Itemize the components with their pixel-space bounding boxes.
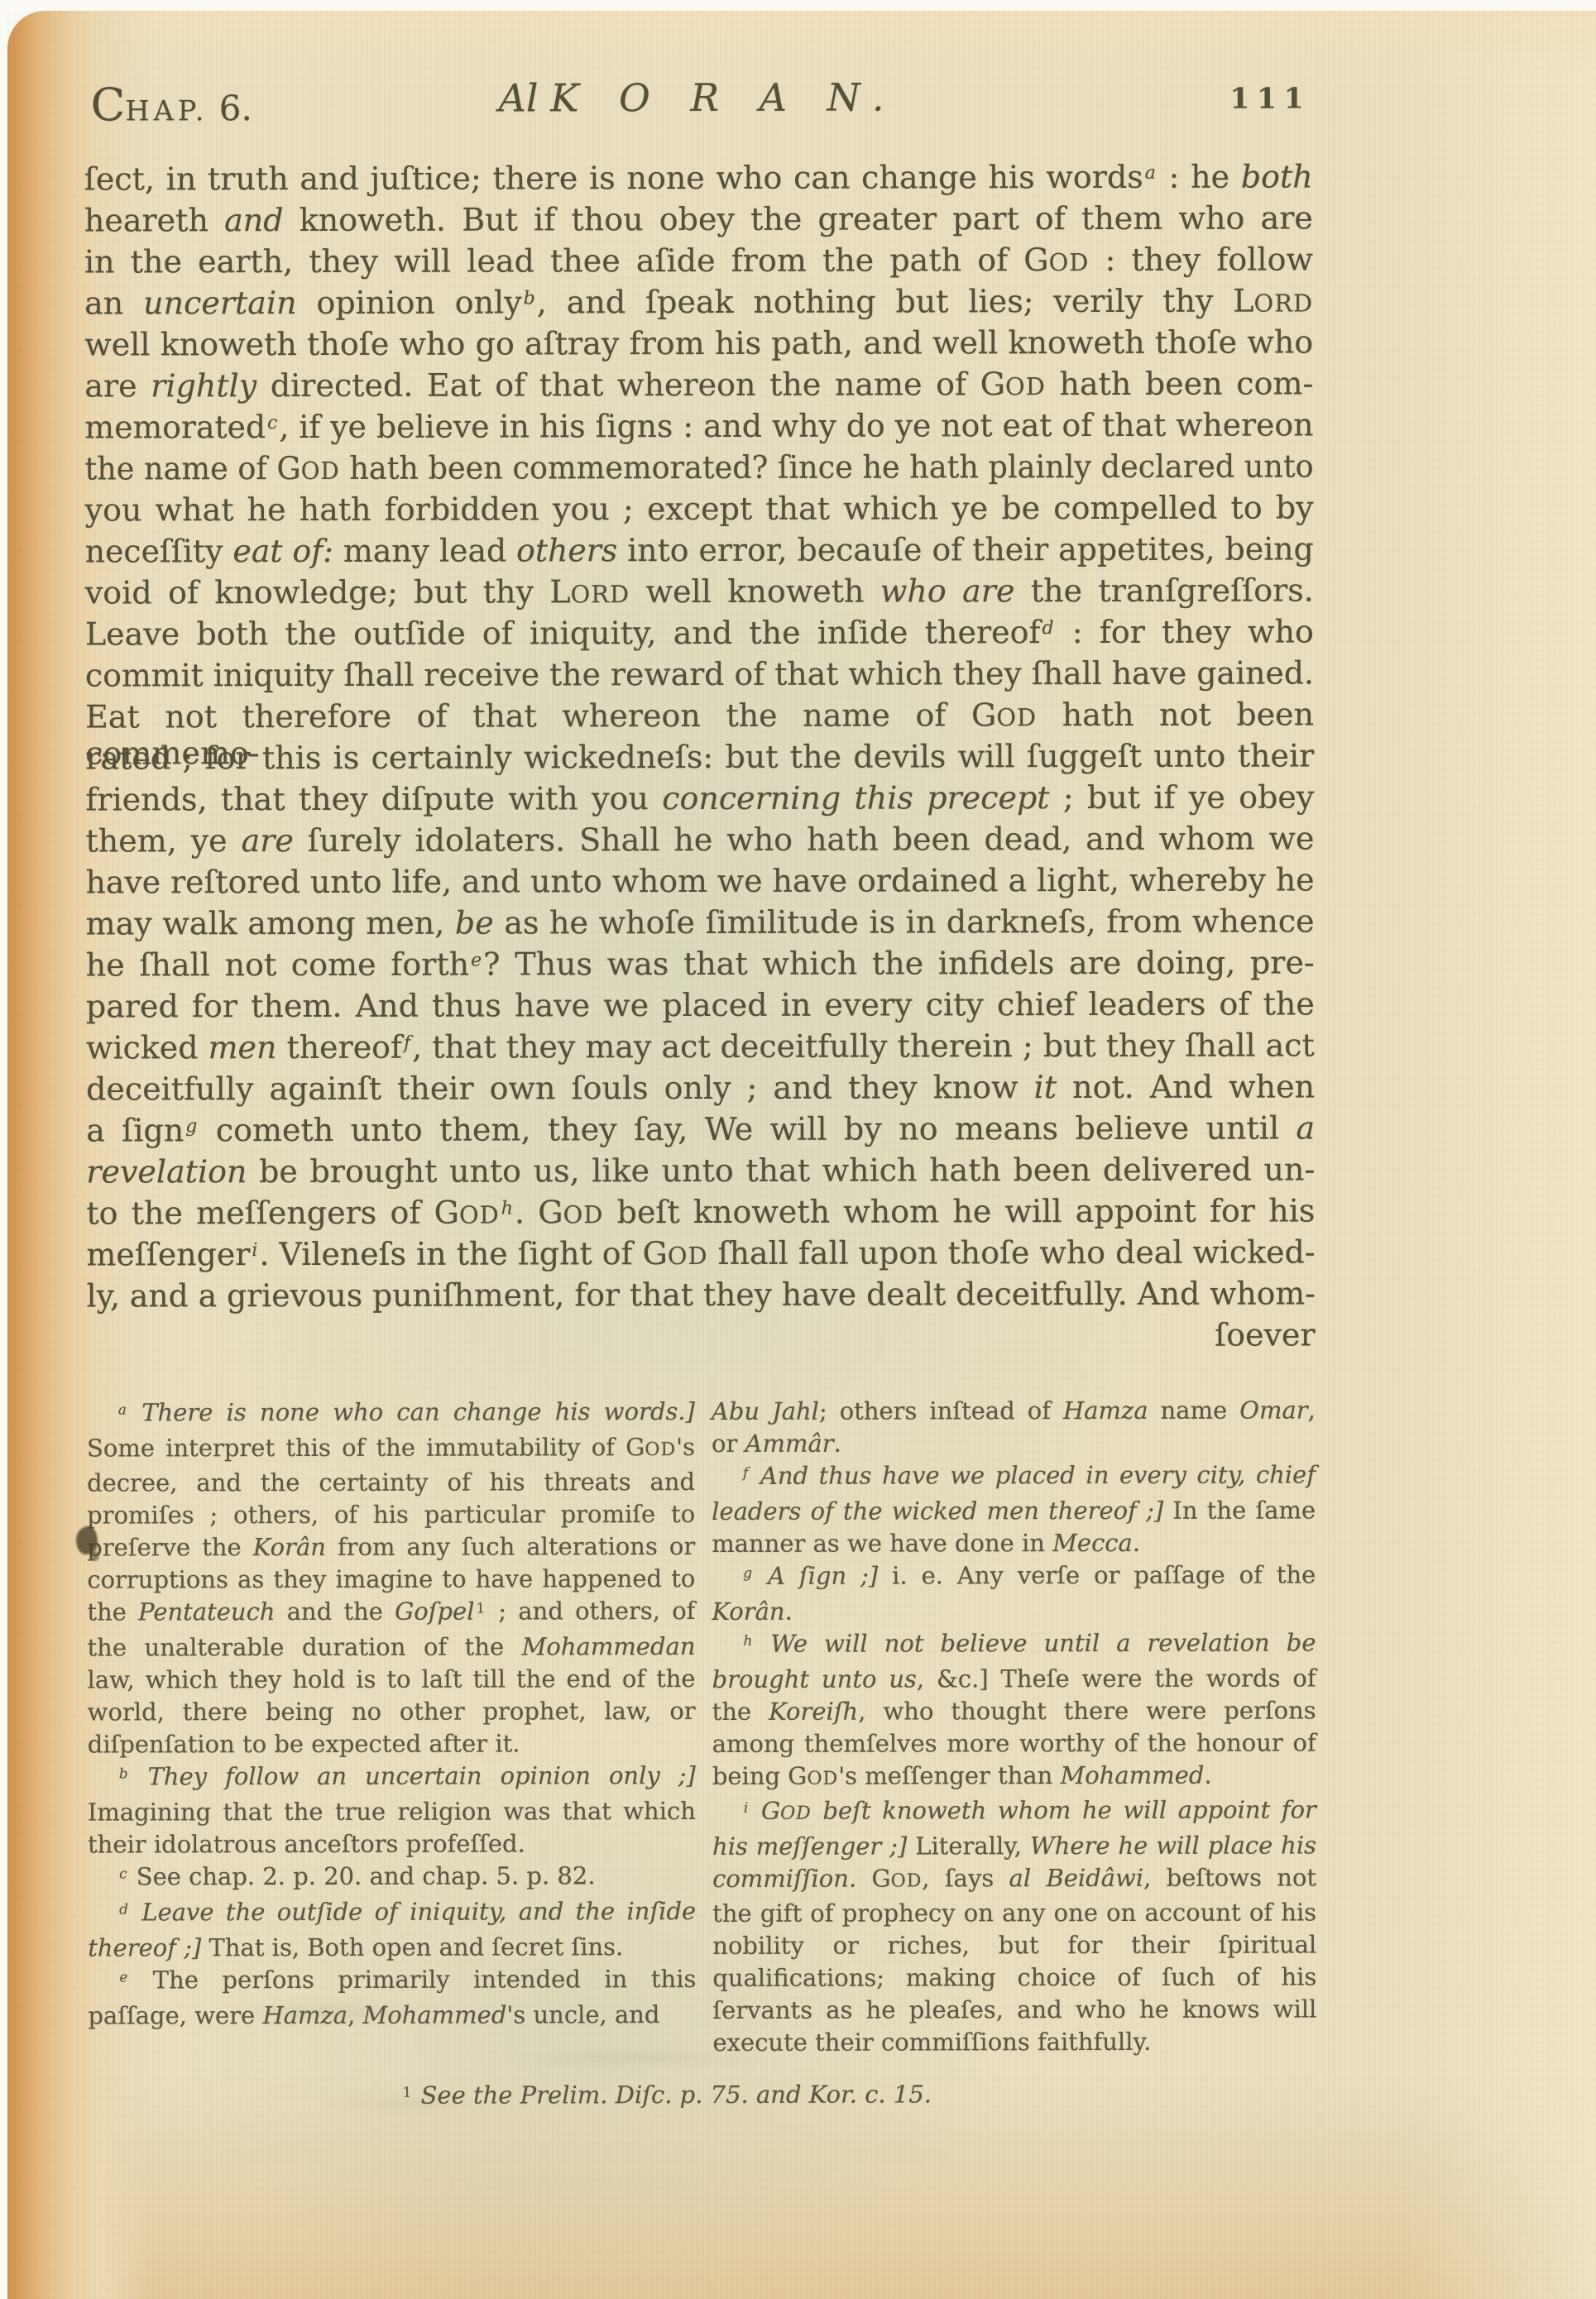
body-line: void of knowledge; but thy LORD well kno… <box>85 572 1314 615</box>
body-line: are rightly directed. Eat of that whereo… <box>84 365 1313 409</box>
body-line: a ſigng cometh unto them, they ſay, We w… <box>86 1109 1315 1153</box>
running-header: CHAP. 6. Al K O R A N. 111 <box>84 75 1313 131</box>
body-line: ſect, in truth and juſtice; there is non… <box>84 158 1313 202</box>
footnote-paragraph: e The perſons primarily intended in this… <box>88 1963 696 2033</box>
footnotes-left-column: a There is none who can change his words… <box>87 1396 697 2061</box>
body-line: he ſhall not come forthe? Thus was that … <box>86 944 1315 988</box>
body-line: neceſſity eat of: many lead others into … <box>85 530 1306 574</box>
footnote-paragraph: i GOD beſt knoweth whom he will appoint … <box>712 1794 1317 2059</box>
body-line: in the earth, they will lead thee aſide … <box>84 241 1313 285</box>
footnote-paragraph: Abu Jahl; others inſtead of Hamza name O… <box>712 1394 1316 1460</box>
ink-smudge-small <box>91 1551 99 1561</box>
body-line: deceitfully againſt their own ſouls only… <box>86 1068 1315 1112</box>
body-line: them, ye are ſurely idolaters. Shall he … <box>85 820 1314 864</box>
body-line: may walk among men, be as he whoſe ſimil… <box>86 903 1315 946</box>
bottom-reference-note: 1 See the Prelim. Diſc. p. 75. and Kor. … <box>401 2079 1317 2109</box>
body-line: wicked men thereoff, that they may act d… <box>86 1027 1312 1070</box>
body-line: Leave both the outſide of iniquity, and … <box>85 613 1314 657</box>
body-line: revelation be brought unto us, like unto… <box>86 1151 1315 1195</box>
footnotes-section: a There is none who can change his words… <box>87 1394 1317 2060</box>
body-line: well knoweth thoſe who go aſtray from hi… <box>84 323 1313 367</box>
body-line: an uncertain opinion onlyb, and ſpeak no… <box>84 282 1313 326</box>
book-page: CHAP. 6. Al K O R A N. 111 ſect, in trut… <box>7 11 1596 2299</box>
body-line: to the meſſengers of GODh. GOD beſt know… <box>86 1192 1315 1236</box>
body-line: ly, and a grievous puniſhment, for that … <box>87 1275 1305 1319</box>
footnote-paragraph: f And thus have we placed in every city,… <box>712 1458 1316 1560</box>
body-line: friends, that they diſpute with you conc… <box>85 778 1314 822</box>
catchword: ſoever <box>87 1316 1316 1360</box>
body-line: have reſtored unto life, and unto whom w… <box>86 861 1307 905</box>
footnote-paragraph: d Leave the outſide of iniquity, and the… <box>88 1895 696 1965</box>
body-line: rated ; for this is certainly wickedneſs… <box>85 737 1314 781</box>
footnote-paragraph: c See chap. 2. p. 20. and chap. 5. p. 82… <box>88 1860 696 1897</box>
body-line: the name of GOD hath been commemorated? … <box>84 448 1267 492</box>
page-content: CHAP. 6. Al K O R A N. 111 ſect, in trut… <box>84 9 1316 2110</box>
footnotes-right-column: Abu Jahl; others inſtead of Hamza name O… <box>712 1394 1317 2059</box>
body-text: ſect, in truth and juſtice; there is non… <box>84 158 1316 1319</box>
body-line: you what he hath forbidden you ; except … <box>85 489 1314 533</box>
body-line: Eat not therefore of that whereon the na… <box>85 696 1314 740</box>
body-line: commit iniquity ſhall receive the reward… <box>85 654 1306 698</box>
page-number: 111 <box>1230 82 1311 115</box>
body-line: pared for them. And thus have we placed … <box>86 985 1315 1029</box>
ink-smudge <box>76 1526 98 1554</box>
body-line: memoratedc, if ye believe in his ſigns :… <box>84 406 1304 450</box>
book-title: Al K O R A N. <box>84 74 1313 121</box>
body-line: meſſengeri. Vileneſs in the ſight of GOD… <box>86 1233 1311 1277</box>
footnote-paragraph: a There is none who can change his words… <box>87 1396 696 1761</box>
footnote-paragraph: h We will not believe until a revelation… <box>712 1626 1316 1795</box>
footnote-paragraph: g A ſign ;] i. e. Any verſe or paſſage o… <box>712 1559 1316 1628</box>
body-line: heareth and knoweth. But if thou obey th… <box>84 199 1313 243</box>
footnote-paragraph: b They follow an uncertain opinion only … <box>88 1760 696 1861</box>
